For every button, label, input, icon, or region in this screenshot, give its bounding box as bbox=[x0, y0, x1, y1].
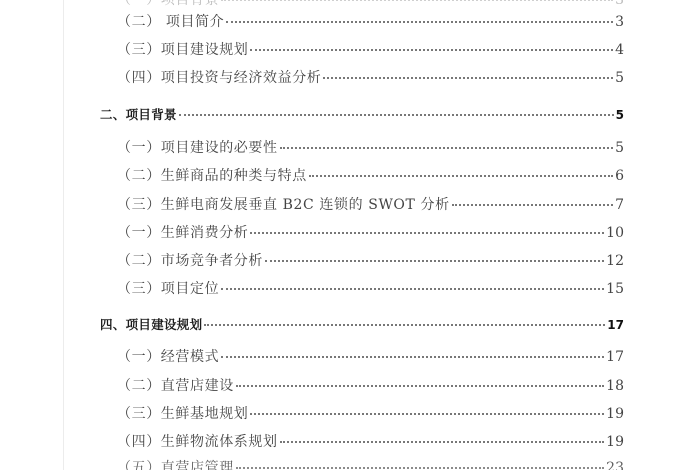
toc-entry-title: （五）直营店管理 bbox=[117, 457, 234, 470]
toc-entry[interactable]: （三）项目建设规划 4 bbox=[0, 37, 700, 59]
toc-entry-body: （三）生鲜电商发展垂直 B2C 连锁的 SWOT 分析 7 bbox=[117, 194, 624, 214]
toc-entry-title: （一）项目背景 bbox=[117, 0, 219, 9]
toc-page-number: 12 bbox=[606, 253, 624, 269]
toc-page-number: 10 bbox=[606, 225, 624, 241]
toc-page-number: 17 bbox=[606, 349, 624, 365]
toc-entry-title: （二）生鲜商品的种类与特点 bbox=[117, 165, 307, 185]
table-of-contents: （一）项目背景 3 （二） 项目简介 3 （三）项目建设规划 4 （四）项目投资… bbox=[0, 0, 700, 470]
toc-entry-title: （一）项目建设的必要性 bbox=[117, 137, 278, 157]
toc-entry-body: （一）生鲜消费分析 10 bbox=[117, 222, 624, 242]
toc-page-number: 5 bbox=[616, 108, 624, 122]
toc-entry-title: （三）生鲜基地规划 bbox=[117, 403, 248, 423]
toc-heading-title: 四、项目建设规划 bbox=[100, 315, 202, 333]
toc-entry-body: （一）项目建设的必要性 5 bbox=[117, 137, 624, 157]
toc-entry-body: （五）直营店管理 23 bbox=[117, 457, 624, 470]
toc-entry[interactable]: （五）直营店管理 23 bbox=[0, 455, 700, 470]
toc-entry[interactable]: （四）生鲜物流体系规划 19 bbox=[0, 429, 700, 451]
toc-page-number: 18 bbox=[606, 378, 624, 394]
toc-page-number: 17 bbox=[607, 318, 624, 332]
toc-entry[interactable]: （二）市场竞争者分析 12 bbox=[0, 248, 700, 270]
toc-entry-body: （三）生鲜基地规划 19 bbox=[117, 403, 624, 423]
dot-leader bbox=[309, 175, 613, 177]
toc-entry-title: （四）生鲜物流体系规划 bbox=[117, 431, 278, 451]
dot-leader bbox=[250, 49, 613, 51]
toc-entry-title: （一）经营模式 bbox=[117, 346, 219, 366]
toc-entry[interactable]: （三）项目定位 15 bbox=[0, 276, 700, 298]
toc-page-number: 19 bbox=[606, 434, 624, 450]
toc-entry[interactable]: （二）直营店建设 18 bbox=[0, 373, 700, 395]
dot-leader bbox=[204, 324, 605, 326]
toc-entry[interactable]: （二）生鲜商品的种类与特点 6 bbox=[0, 163, 700, 185]
dot-leader bbox=[236, 385, 604, 387]
toc-entry-body: （一）项目背景 3 bbox=[117, 0, 624, 9]
dot-leader bbox=[236, 467, 604, 469]
dot-leader bbox=[280, 147, 613, 149]
dot-leader bbox=[280, 441, 605, 443]
dot-leader bbox=[452, 204, 613, 206]
toc-entry-body: （四）生鲜物流体系规划 19 bbox=[117, 431, 624, 451]
toc-page-number: 6 bbox=[615, 168, 624, 184]
toc-entry[interactable]: （一）项目建设的必要性 5 bbox=[0, 135, 700, 157]
toc-entry[interactable]: （四）项目投资与经济效益分析 5 bbox=[0, 65, 700, 87]
toc-entry-title: （四）项目投资与经济效益分析 bbox=[117, 67, 321, 87]
toc-entry-title: （三）生鲜电商发展垂直 B2C 连锁的 SWOT 分析 bbox=[117, 194, 450, 214]
toc-entry[interactable]: （一）生鲜消费分析 10 bbox=[0, 220, 700, 242]
dot-leader bbox=[221, 288, 604, 290]
toc-entry[interactable]: （三）生鲜基地规划 19 bbox=[0, 401, 700, 423]
toc-entry-title: （二）市场竞争者分析 bbox=[117, 250, 263, 270]
toc-entry-body: 四、项目建设规划 17 bbox=[100, 315, 624, 333]
toc-entry-body: （二）生鲜商品的种类与特点 6 bbox=[117, 165, 624, 185]
dot-leader bbox=[179, 114, 614, 116]
toc-entry-body: （四）项目投资与经济效益分析 5 bbox=[117, 67, 624, 87]
toc-heading-title: 二、项目背景 bbox=[100, 105, 177, 123]
toc-entry-title: （二） 项目简介 bbox=[117, 11, 224, 31]
toc-entry[interactable]: （二） 项目简介 3 bbox=[0, 9, 700, 31]
toc-page-number: 19 bbox=[606, 406, 624, 422]
dot-leader bbox=[323, 77, 613, 79]
dot-leader bbox=[226, 21, 613, 23]
toc-entry-body: （三）项目建设规划 4 bbox=[117, 39, 624, 59]
toc-entry-body: （二）市场竞争者分析 12 bbox=[117, 250, 624, 270]
toc-heading-entry[interactable]: 四、项目建设规划 17 bbox=[0, 311, 700, 333]
dot-leader bbox=[250, 232, 604, 234]
dot-leader bbox=[265, 260, 604, 262]
toc-page-number: 5 bbox=[615, 140, 624, 156]
toc-page-number: 7 bbox=[615, 197, 624, 213]
toc-entry-title: （一）生鲜消费分析 bbox=[117, 222, 248, 242]
toc-entry-body: （二） 项目简介 3 bbox=[117, 11, 624, 31]
toc-page-number: 15 bbox=[606, 281, 624, 297]
dot-leader bbox=[221, 356, 604, 358]
toc-entry-body: （一）经营模式 17 bbox=[117, 346, 624, 366]
toc-entry-body: 二、项目背景 5 bbox=[100, 105, 624, 123]
toc-page-number: 23 bbox=[606, 460, 624, 470]
toc-entry-title: （三）项目建设规划 bbox=[117, 39, 248, 59]
toc-page-number: 4 bbox=[615, 42, 624, 58]
toc-entry-body: （三）项目定位 15 bbox=[117, 278, 624, 298]
toc-entry[interactable]: （一）经营模式 17 bbox=[0, 344, 700, 366]
toc-entry-title: （三）项目定位 bbox=[117, 278, 219, 298]
toc-entry-title: （二）直营店建设 bbox=[117, 375, 234, 395]
toc-page-number: 3 bbox=[615, 0, 624, 8]
toc-page-number: 5 bbox=[615, 70, 624, 86]
toc-heading-entry[interactable]: 二、项目背景 5 bbox=[0, 101, 700, 123]
toc-entry[interactable]: （三）生鲜电商发展垂直 B2C 连锁的 SWOT 分析 7 bbox=[0, 192, 700, 214]
toc-entry-body: （二）直营店建设 18 bbox=[117, 375, 624, 395]
toc-entry-partial[interactable]: （一）项目背景 3 bbox=[0, 0, 700, 9]
dot-leader bbox=[250, 413, 604, 415]
toc-page-number: 3 bbox=[615, 14, 624, 30]
dot-leader bbox=[221, 0, 613, 1]
